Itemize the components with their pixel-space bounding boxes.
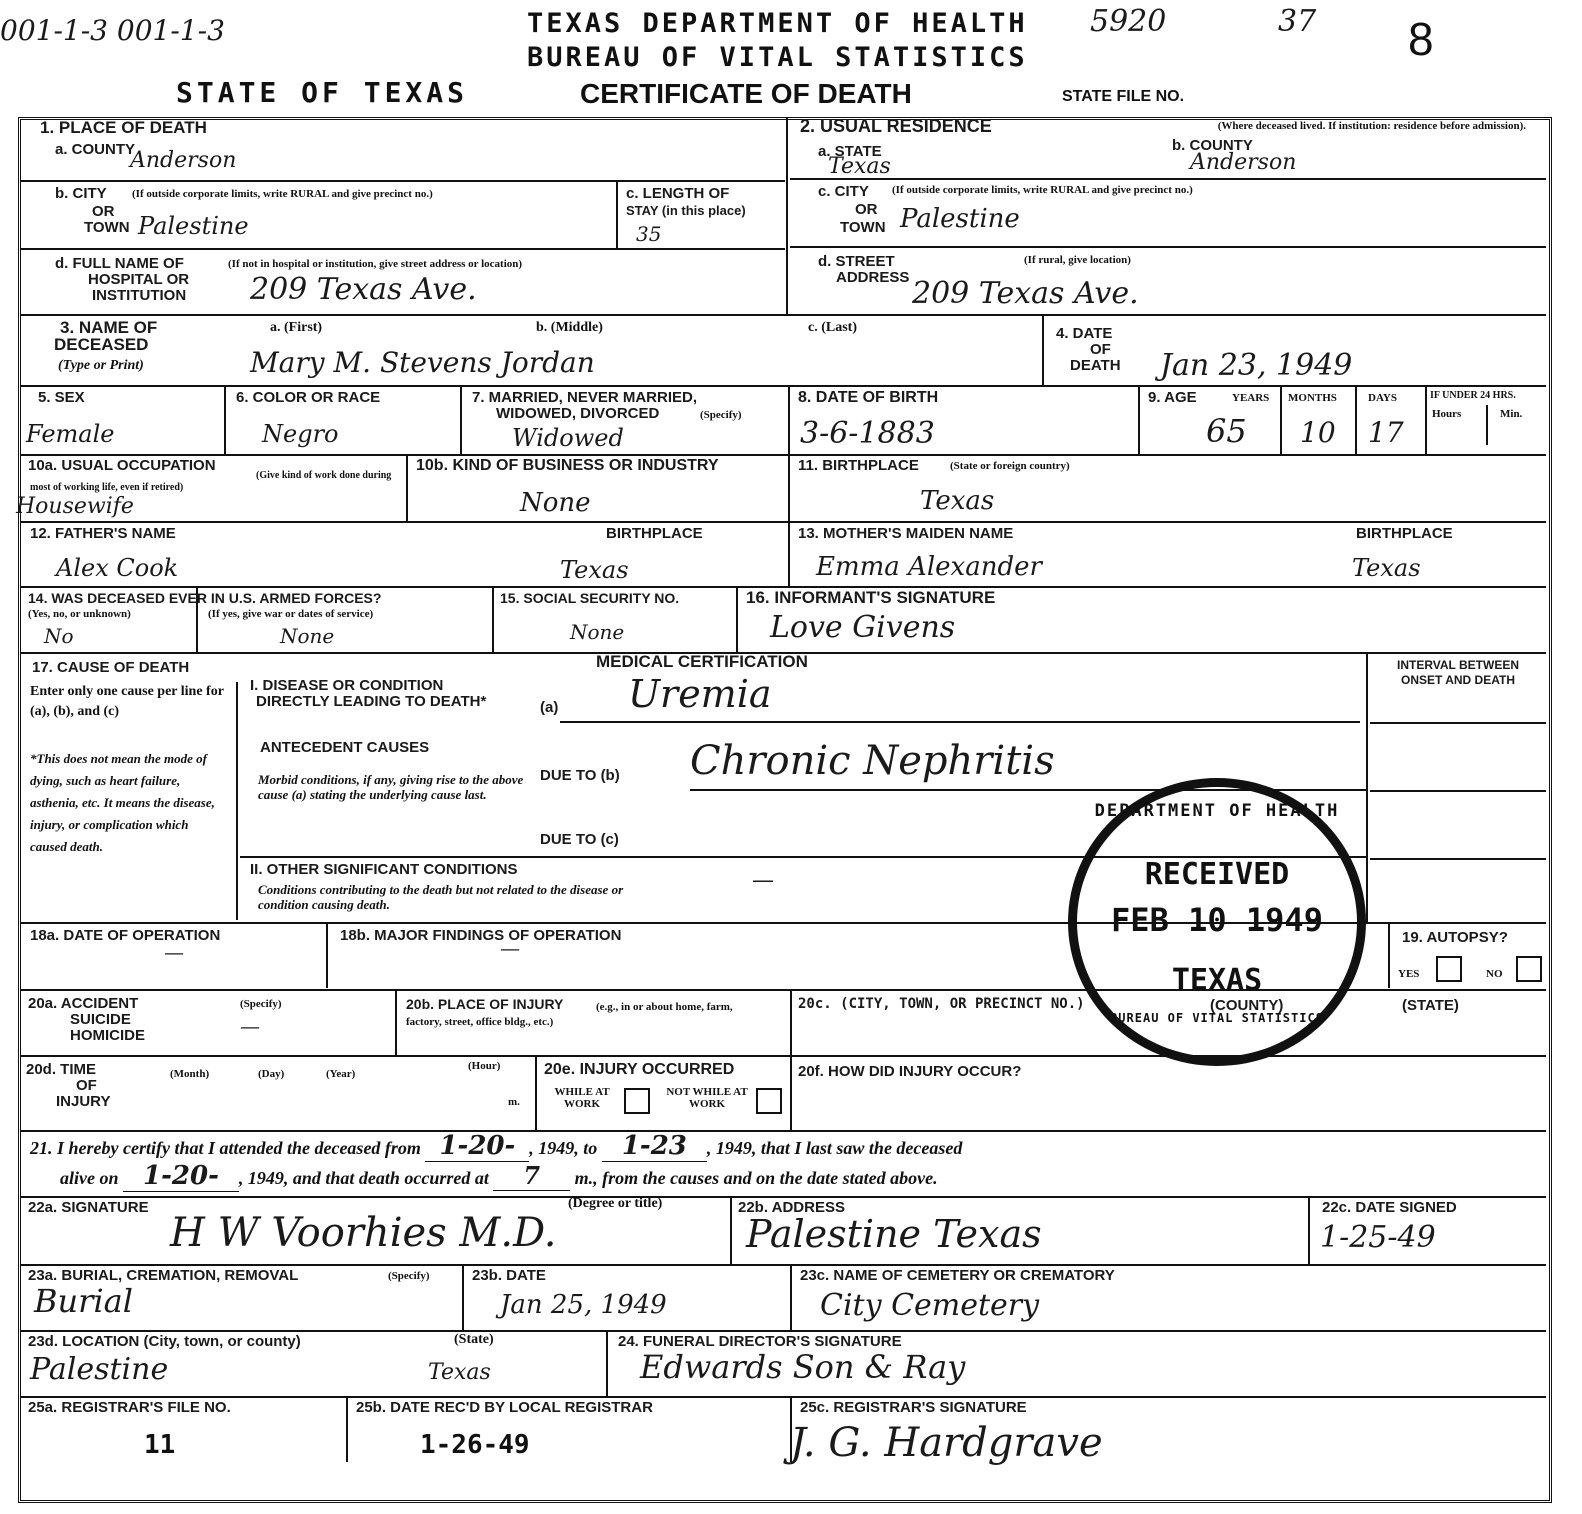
injury-hour-label: (Hour): [468, 1060, 500, 1072]
ur-city-town: TOWN: [840, 220, 886, 236]
cause-b-value[interactable]: Chronic Nephritis: [690, 738, 1055, 784]
cause-instructions: Enter only one cause per line for (a), (…: [30, 682, 230, 722]
ur-street-value[interactable]: 209 Texas Ave.: [912, 276, 1139, 311]
armed-forces-note-2: (If yes, give war or dates of service): [208, 608, 373, 620]
deceased-name-value[interactable]: Mary M. Stevens Jordan: [250, 346, 595, 379]
ur-street-label-2: ADDRESS: [836, 270, 909, 286]
certificate-title: CERTIFICATE OF DEATH: [580, 78, 912, 110]
divider: [1355, 387, 1357, 455]
medical-cert-title: MEDICAL CERTIFICATION: [596, 654, 808, 670]
cert-text: m., from the causes and on the date stat…: [575, 1168, 938, 1188]
agency-line-1: TEXAS DEPARTMENT OF HEALTH: [527, 8, 1028, 39]
not-while-at-work-label: NOT WHILE AT WORK: [662, 1086, 752, 1110]
divider: [1425, 387, 1427, 455]
ur-city-or: OR: [855, 202, 878, 218]
divider: [20, 248, 785, 250]
cert-text: , 1949, that I last saw the deceased: [707, 1138, 963, 1158]
burial-location-state-label: (State): [454, 1334, 494, 1346]
interval-label: INTERVAL BETWEEN ONSET AND DEATH: [1378, 658, 1538, 688]
op-findings-label: 18b. MAJOR FINDINGS OF OPERATION: [340, 928, 621, 944]
hospital-label: d. FULL NAME OF: [55, 256, 184, 272]
divider: [460, 387, 462, 455]
age-days-label: DAYS: [1368, 392, 1397, 404]
divider: [20, 1055, 1546, 1057]
part1-label-2: DIRECTLY LEADING TO DEATH*: [256, 694, 486, 710]
registrar-signature-value[interactable]: J. G. Hardgrave: [790, 1420, 1103, 1466]
hospital-note: (If not in hospital or institution, give…: [228, 258, 522, 270]
occupation-value[interactable]: Housewife: [16, 494, 134, 519]
divider: [790, 1266, 792, 1330]
injury-type-specify: (Specify): [240, 998, 282, 1010]
armed-forces-note-1: (Yes, no, or unknown): [28, 608, 131, 620]
father-value[interactable]: Alex Cook: [56, 554, 178, 582]
injury-how-label: 20f. HOW DID INJURY OCCUR?: [798, 1064, 1021, 1080]
autopsy-yes-label: YES: [1398, 968, 1419, 980]
cause-footnote: *This does not mean the mode of dying, s…: [30, 748, 228, 858]
age-months-label: MONTHS: [1288, 392, 1337, 404]
ur-street-label: d. STREET: [818, 254, 895, 270]
birthplace-label: 11. BIRTHPLACE: [798, 458, 919, 474]
injury-time-label-3: INJURY: [56, 1094, 110, 1110]
birthplace-note: (State or foreign country): [950, 460, 1070, 472]
pod-city-town: TOWN: [84, 220, 130, 236]
last-name-label: c. (Last): [808, 322, 857, 334]
marital-specify: (Specify): [700, 409, 742, 421]
cert-time-value[interactable]: 7: [493, 1161, 570, 1191]
hospital-value[interactable]: 209 Texas Ave.: [250, 272, 477, 307]
part2-label: II. OTHER SIGNIFICANT CONDITIONS: [250, 862, 518, 878]
divider: [326, 924, 328, 988]
injury-month-label: (Month): [170, 1068, 209, 1080]
race-value[interactable]: Negro: [262, 420, 339, 448]
burial-location-state-value[interactable]: Texas: [428, 1360, 491, 1385]
divider: [560, 721, 1360, 723]
cert-to-value[interactable]: 1-23: [602, 1131, 707, 1162]
divider: [786, 117, 788, 315]
age-years-value[interactable]: 65: [1206, 412, 1247, 450]
pod-county-label: a. COUNTY: [55, 142, 135, 158]
father-label: 12. FATHER'S NAME: [30, 526, 176, 542]
registrar-file-no-label: 25a. REGISTRAR'S FILE NO.: [28, 1400, 231, 1416]
ur-city-label: c. CITY: [818, 184, 869, 200]
date-recd-value[interactable]: 1-26-49: [420, 1430, 530, 1460]
birthplace-value[interactable]: Texas: [920, 486, 994, 516]
part2-note: Conditions contributing to the death but…: [258, 882, 658, 912]
divider: [535, 1057, 537, 1131]
injury-day-label: (Day): [258, 1068, 284, 1080]
autopsy-no-label: NO: [1486, 968, 1503, 980]
marital-value[interactable]: Widowed: [512, 424, 624, 452]
registrar-file-no-value[interactable]: 11: [144, 1430, 175, 1460]
op-date-value[interactable]: —: [164, 940, 184, 964]
date-signed-value[interactable]: 1-25-49: [1320, 1220, 1436, 1255]
divider: [462, 1266, 464, 1330]
pod-county-value[interactable]: Anderson: [130, 148, 236, 173]
name-label-2: DECEASED: [54, 337, 148, 353]
first-name-label: a. (First): [270, 322, 322, 334]
pod-city-note: (If outside corporate limits, write RURA…: [132, 188, 612, 200]
agency-line-2: BUREAU OF VITAL STATISTICS: [527, 42, 1028, 73]
name-label-1: 3. NAME OF: [60, 320, 157, 336]
age-label: 9. AGE: [1148, 390, 1197, 406]
length-of-stay-sub: STAY (in this place): [626, 203, 746, 219]
stamp-bottom-arc: BUREAU OF VITAL STATISTICS: [1077, 1011, 1357, 1025]
stamp-top-arc: DEPARTMENT OF HEALTH: [1077, 801, 1357, 821]
date-recd-label: 25b. DATE REC'D BY LOCAL REGISTRAR: [356, 1400, 653, 1416]
funeral-director-value[interactable]: Edwards Son & Ray: [640, 1348, 965, 1386]
ur-city-note: (If outside corporate limits, write RURA…: [892, 184, 1193, 196]
divider: [616, 182, 618, 248]
divider: [492, 588, 494, 652]
occupation-note: (Give kind of work done during most of w…: [30, 470, 400, 494]
age-min-label: Min.: [1500, 408, 1522, 420]
divider: [20, 521, 1546, 523]
handwritten-number-2: 37: [1278, 4, 1316, 39]
divider: [1370, 858, 1546, 860]
antecedent-label: ANTECEDENT CAUSES: [260, 740, 429, 756]
stamp-date: FEB 10 1949: [1077, 901, 1357, 939]
divider: [20, 1396, 1546, 1398]
business-label: 10b. KIND OF BUSINESS OR INDUSTRY: [416, 458, 719, 474]
divider: [1370, 722, 1546, 724]
ur-city-value[interactable]: Palestine: [900, 204, 1020, 234]
divider: [730, 1198, 732, 1264]
part1-label-1: I. DISEASE OR CONDITION: [250, 678, 443, 694]
cert-text: , 1949, and that death occurred at: [239, 1168, 489, 1188]
divider: [736, 588, 738, 652]
pod-city-label: b. CITY: [55, 186, 107, 202]
cert-from-value[interactable]: 1-20-: [425, 1131, 529, 1162]
injury-type-value[interactable]: —: [240, 1014, 260, 1038]
hospital-label-3: INSTITUTION: [92, 288, 186, 304]
op-date-label: 18a. DATE OF OPERATION: [30, 928, 220, 944]
physician-address-value[interactable]: Palestine Texas: [746, 1212, 1042, 1256]
age-months-value[interactable]: 10: [1300, 416, 1336, 449]
divider: [20, 1130, 1546, 1132]
sex-label: 5. SEX: [38, 390, 85, 406]
sex-value[interactable]: Female: [26, 420, 115, 448]
informant-value[interactable]: Love Givens: [770, 610, 955, 645]
divider: [1280, 387, 1282, 455]
divider: [20, 314, 1546, 316]
injury-year-label: (Year): [326, 1068, 355, 1080]
divider: [20, 385, 1546, 387]
divider: [346, 1398, 348, 1462]
divider: [20, 454, 1546, 456]
pod-city-or: OR: [92, 204, 115, 220]
divider: [790, 991, 792, 1131]
divider: [20, 1264, 1546, 1266]
injury-time-label-1: 20d. TIME: [26, 1062, 96, 1078]
cause-b-label: DUE TO (b): [540, 768, 620, 784]
divider: [1138, 387, 1140, 455]
received-stamp: DEPARTMENT OF HEALTH RECEIVED FEB 10 194…: [1068, 778, 1366, 1066]
age-under24-label: IF UNDER 24 HRS.: [1430, 390, 1516, 402]
ur-street-note: (If rural, give location): [1024, 254, 1131, 266]
injury-state-label: (STATE): [1402, 998, 1459, 1014]
state-heading: STATE OF TEXAS: [176, 76, 468, 109]
middle-name-label: b. (Middle): [536, 322, 603, 334]
burial-date-label: 23b. DATE: [472, 1268, 546, 1284]
divider: [20, 180, 785, 182]
mother-label: 13. MOTHER'S MAIDEN NAME: [798, 526, 1013, 542]
armed-service-value[interactable]: None: [280, 624, 334, 648]
age-years-label: YEARS: [1232, 392, 1269, 404]
business-value[interactable]: None: [520, 488, 591, 518]
divider: [395, 991, 397, 1055]
divider: [236, 682, 238, 920]
divider: [790, 178, 1546, 180]
armed-forces-value[interactable]: No: [44, 624, 74, 648]
length-of-stay-value[interactable]: 35: [636, 222, 661, 246]
divider: [1370, 790, 1546, 792]
divider: [790, 246, 1546, 248]
divider: [20, 1196, 1546, 1198]
burial-date-value[interactable]: Jan 25, 1949: [500, 1290, 667, 1320]
race-label: 6. COLOR OR RACE: [236, 390, 380, 406]
injury-time-label-2: OF: [76, 1078, 97, 1094]
place-of-death-label: 1. PLACE OF DEATH: [40, 120, 207, 136]
page-number: 8: [1408, 12, 1434, 66]
armed-forces-label: 14. WAS DECEASED EVER IN U.S. ARMED FORC…: [28, 590, 381, 606]
registrar-signature-label: 25c. REGISTRAR'S SIGNATURE: [800, 1400, 1027, 1416]
autopsy-no-checkbox[interactable]: [1516, 956, 1542, 982]
ur-county-value[interactable]: Anderson: [1190, 150, 1296, 175]
antecedent-note: Morbid conditions, if any, giving rise t…: [258, 772, 534, 802]
injury-type-label-2: SUICIDE: [70, 1012, 131, 1028]
physician-signature-label: 22a. SIGNATURE: [28, 1200, 149, 1216]
handwritten-number-1: 5920: [1090, 4, 1166, 39]
usual-residence-label: 2. USUAL RESIDENCE: [800, 118, 992, 134]
cause-a-value[interactable]: Uremia: [628, 672, 772, 716]
dod-label-2: OF: [1090, 342, 1111, 358]
cert-text: 21. I hereby certify that I attended the…: [30, 1138, 421, 1158]
while-at-work-checkbox[interactable]: [624, 1088, 650, 1114]
divider: [1388, 924, 1390, 988]
date-signed-label: 22c. DATE SIGNED: [1322, 1200, 1457, 1216]
divider: [1308, 1198, 1310, 1264]
cert-line-1: 21. I hereby certify that I attended the…: [30, 1136, 962, 1158]
ssn-label: 15. SOCIAL SECURITY NO.: [500, 590, 679, 606]
burial-location-label: 23d. LOCATION (City, town, or county): [28, 1334, 301, 1350]
divider: [1366, 654, 1368, 922]
dod-value[interactable]: Jan 23, 1949: [1160, 348, 1352, 383]
cause-a-label: (a): [540, 700, 558, 716]
stamp-received: RECEIVED: [1077, 857, 1357, 892]
injury-place-note: (e.g., in or about home, farm, factory, …: [406, 1000, 746, 1030]
autopsy-yes-checkbox[interactable]: [1436, 956, 1462, 982]
pod-city-value[interactable]: Palestine: [138, 212, 249, 240]
divider: [20, 1330, 1546, 1332]
autopsy-label: 19. AUTOPSY?: [1402, 930, 1508, 946]
name-label-3: (Type or Print): [58, 358, 144, 374]
margin-note: 001-1-3 001-1-3: [0, 14, 225, 47]
age-hours-label: Hours: [1432, 408, 1461, 420]
divider: [406, 456, 408, 522]
stamp-texas: TEXAS: [1077, 963, 1357, 998]
cert-text: , 1949, to: [529, 1138, 597, 1158]
marital-label-2: WIDOWED, DIVORCED: [496, 406, 659, 422]
ur-state-value[interactable]: Texas: [828, 154, 891, 179]
mother-birthplace-value[interactable]: Texas: [1352, 554, 1421, 582]
divider: [1042, 316, 1044, 386]
divider: [788, 387, 790, 587]
dod-label-1: 4. DATE: [1056, 326, 1112, 342]
marital-label-1: 7. MARRIED, NEVER MARRIED,: [472, 390, 697, 406]
disposition-specify: (Specify): [388, 1270, 430, 1282]
mother-birthplace-label: BIRTHPLACE: [1356, 526, 1453, 542]
informant-label: 16. INFORMANT'S SIGNATURE: [746, 590, 995, 606]
divider: [224, 387, 226, 455]
length-of-stay-label: c. LENGTH OF: [626, 186, 729, 202]
degree-label: (Degree or title): [568, 1198, 662, 1210]
physician-signature-value[interactable]: H W Voorhies M.D.: [170, 1210, 556, 1256]
cert-text: alive on: [60, 1168, 119, 1188]
dob-value[interactable]: 3-6-1883: [800, 416, 935, 451]
cert-line-2: alive on 1-20-, 1949, and that death occ…: [60, 1166, 938, 1188]
usual-residence-note: (Where deceased lived. If institution: r…: [1076, 120, 1526, 132]
op-findings-value[interactable]: —: [500, 936, 520, 960]
father-birthplace-value[interactable]: Texas: [560, 556, 629, 584]
burial-location-value[interactable]: Palestine: [30, 1352, 168, 1387]
injury-location-label: 20c. (CITY, TOWN, OR PRECINCT NO.): [798, 996, 1085, 1012]
injury-m-label: m.: [508, 1096, 520, 1108]
while-at-work-label: WHILE AT WORK: [544, 1086, 620, 1110]
cemetery-value[interactable]: City Cemetery: [820, 1288, 1039, 1323]
cert-alive-on-value[interactable]: 1-20-: [123, 1161, 239, 1192]
injury-type-label-1: 20a. ACCIDENT: [28, 996, 138, 1012]
disposition-value[interactable]: Burial: [34, 1282, 133, 1320]
state-file-no-label: STATE FILE NO.: [1062, 88, 1184, 106]
dob-label: 8. DATE OF BIRTH: [798, 390, 938, 406]
dod-label-3: DEATH: [1070, 358, 1121, 374]
not-while-at-work-checkbox[interactable]: [756, 1088, 782, 1114]
cemetery-label: 23c. NAME OF CEMETERY OR CREMATORY: [800, 1268, 1115, 1284]
age-days-value[interactable]: 17: [1368, 416, 1404, 449]
father-birthplace-label: BIRTHPLACE: [606, 526, 703, 542]
cause-label: 17. CAUSE OF DEATH: [32, 660, 189, 676]
injury-type-label-3: HOMICIDE: [70, 1028, 145, 1044]
injury-occurred-label: 20e. INJURY OCCURRED: [544, 1062, 734, 1078]
hospital-label-2: HOSPITAL OR: [88, 272, 189, 288]
mother-value[interactable]: Emma Alexander: [816, 552, 1042, 582]
part2-value[interactable]: —: [752, 868, 774, 893]
divider: [606, 1332, 608, 1396]
ssn-value[interactable]: None: [570, 620, 624, 644]
cause-c-label: DUE TO (c): [540, 832, 619, 848]
divider: [1486, 405, 1488, 445]
